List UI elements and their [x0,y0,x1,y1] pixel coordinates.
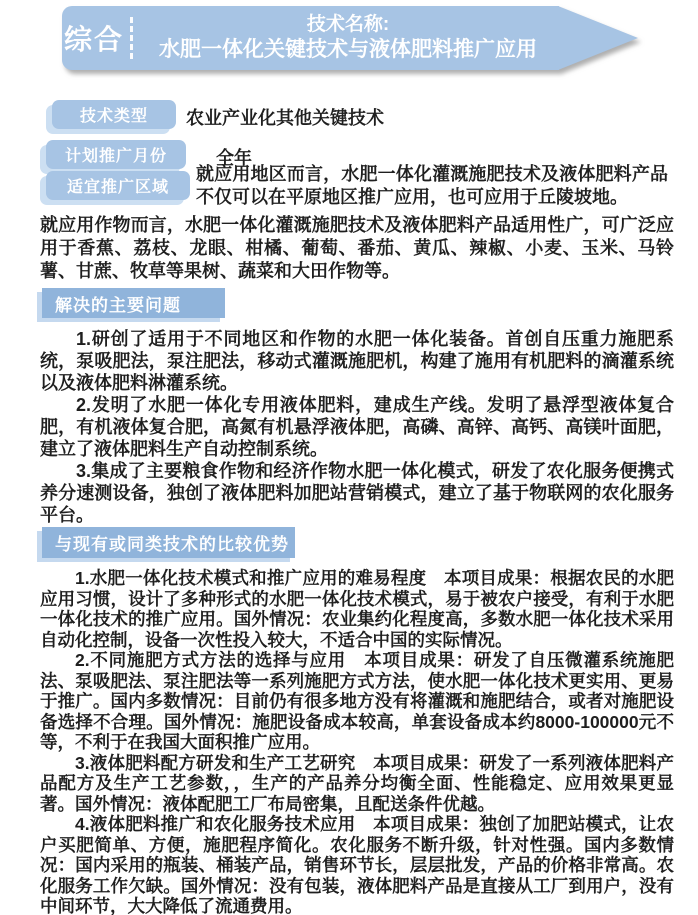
tech-name-block: 技术名称: 水肥一体化关键技术与液体肥料推广应用 [137,13,559,63]
section-body-comparative-advantages: 1.水肥一体化技术模式和推广应用的难易程度 本项目成果：根据农民的水肥应用习惯，… [40,568,674,915]
title-ribbon-body: 综合 技术名称: 水肥一体化关键技术与液体肥料推广应用 [62,6,559,70]
paragraph: 4.液体肥料推广和农化服务技术应用 本项目成果：独创了加肥站模式，让农户买肥简单… [40,814,674,915]
document-page: 综合 技术名称: 水肥一体化关键技术与液体肥料推广应用 技术类型 农业产业化其他… [0,0,698,915]
paragraph: 3.集成了主要粮食作物和经济作物水肥一体化模式，研发了农化服务便携式养分速测设备… [40,460,674,526]
section-header-problems-solved: 解决的主要问题 [42,288,225,318]
field-value-tech-type: 农业产业化其他关键技术 [186,104,384,130]
title-ribbon: 综合 技术名称: 水肥一体化关键技术与液体肥料推广应用 [62,6,642,72]
tech-name-title: 水肥一体化关键技术与液体肥料推广应用 [159,37,537,63]
ribbon-dashed-divider [130,17,133,59]
tech-name-caption: 技术名称: [307,13,389,37]
field-badge-tech-type: 技术类型 [52,100,176,129]
paragraph: 1.研创了适用于不同地区和作物的水肥一体化装备。首创自压重力施肥系统，泵吸肥法，… [40,328,674,394]
ribbon-arrow-point [558,6,638,70]
category-label: 综合 [62,18,126,58]
paragraph: 3.液体肥料配方研发和生产工艺研究 本项目成果：研发了一系列液体肥料产品配方及生… [40,753,674,815]
section-header-comparative-advantages: 与现有或同类技术的比较优势 [42,527,295,558]
crops-paragraph: 就应用作物而言，水肥一体化灌溉施肥技术及液体肥料产品适用性广，可广泛应用于香蕉、… [40,214,674,283]
paragraph: 2.不同施肥方式方法的选择与应用 本项目成果：研发了自压微灌系统施肥法、泵吸肥法… [40,650,674,753]
field-badge-suitable-region: 适宜推广区域 [46,171,190,200]
field-badge-promo-months: 计划推广月份 [46,140,186,169]
field-value-suitable-region: 就应用地区而言，水肥一体化灌溉施肥技术及液体肥料产品不仅可以在平原地区推广应用，… [196,163,668,209]
paragraph: 2.发明了水肥一体化专用液体肥料，建成生产线。发明了悬浮型液体复合肥，有机液体复… [40,394,674,460]
paragraph: 1.水肥一体化技术模式和推广应用的难易程度 本项目成果：根据农民的水肥应用习惯，… [40,568,674,650]
section-body-problems-solved: 1.研创了适用于不同地区和作物的水肥一体化装备。首创自压重力施肥系统，泵吸肥法，… [40,328,674,526]
